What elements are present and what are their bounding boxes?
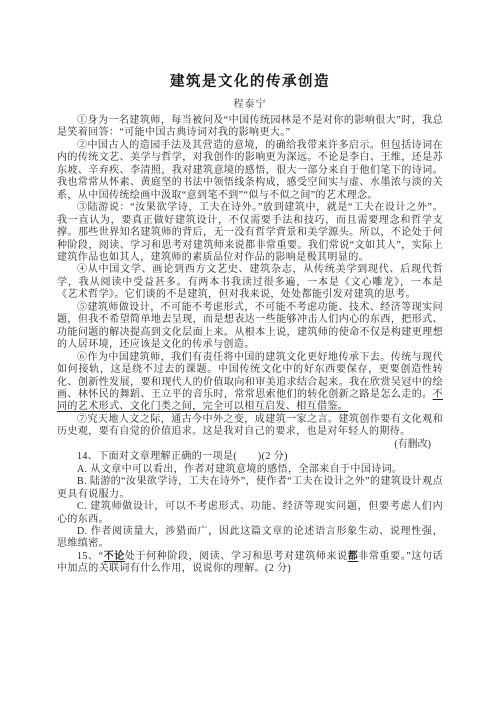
question-14-option-b: B. 陆游的“汝果欲学诗，工夫在诗外”，使作者“工夫在设计之外”的建筑设计观点更… bbox=[57, 476, 443, 501]
article-paragraph-3: ③陆游说：“汝果欲学诗，工夫在诗外。”放到建筑中，就是“工夫在设计之外”。我一直… bbox=[57, 202, 443, 264]
paragraph-6-text: ⑥作为中国建筑师，我们有责任将中国的建筑文化更好地传承下去。传统与现代如何接轨，… bbox=[57, 352, 443, 400]
article-paragraph-5: ⑤建筑师做设计，不可能不考虑形式，不可能不考虑功能、技术、经济等现实问题，但我不… bbox=[57, 302, 443, 352]
question-14-option-a: A. 从文章中可以看出，作者对建筑意境的感悟，全部来自于中国诗词。 bbox=[57, 464, 443, 476]
question-15-emphasis-dou: 都 bbox=[348, 551, 359, 562]
article-author: 程泰宁 bbox=[57, 98, 443, 111]
question-15-stem: 15、“不论处于何种阶段，阅读、学习和思考对建筑师来说都非常重要。”这句话中加点… bbox=[57, 551, 443, 576]
article-paragraph-7: ⑦究天地人文之际，通古今中外之变，成建筑一家之言。建筑创作要有文化观和历史观，要… bbox=[57, 414, 443, 439]
document-page: 建筑是文化的传承创造 程泰宁 ①身为一名建筑师，每当被问及“中国传统园林是不是对… bbox=[0, 0, 500, 707]
article-title: 建筑是文化的传承创造 bbox=[57, 74, 443, 91]
source-note: (有删改) bbox=[57, 439, 443, 451]
question-15-prefix: 15、“ bbox=[77, 551, 103, 562]
article-paragraph-4: ④从中国文学、画论到西方文艺史、建筑杂志，从传统美学到现代、后现代哲学，我从阅读… bbox=[57, 264, 443, 301]
question-15-middle: 处于何种阶段，阅读、学习和思考对建筑师来说 bbox=[125, 551, 348, 562]
question-15-emphasis-bulun: 不论 bbox=[103, 551, 124, 562]
question-14-option-d: D. 作者阅读量大，涉猎面广，因此这篇文章的论述语言形象生动、说理性强，思维缜密… bbox=[57, 526, 443, 551]
article-paragraph-1: ①身为一名建筑师，每当被问及“中国传统园林是不是对你的影响很大”时，我总是笑着回… bbox=[57, 115, 443, 140]
question-14-stem: 14、下面对文章理解正确的一项是( )(2 分) bbox=[57, 451, 443, 463]
article-paragraph-2: ②中国古人的造园手法及其营造的意境，的确给我带来许多启示。但包括诗词在内的传统文… bbox=[57, 140, 443, 202]
article-paragraph-6: ⑥作为中国建筑师，我们有责任将中国的建筑文化更好地传承下去。传统与现代如何接轨，… bbox=[57, 352, 443, 414]
question-14-option-c: C. 建筑师做设计，可以不考虑形式、功能、经济等现实问题，但要考虑人们内心的东西… bbox=[57, 501, 443, 526]
